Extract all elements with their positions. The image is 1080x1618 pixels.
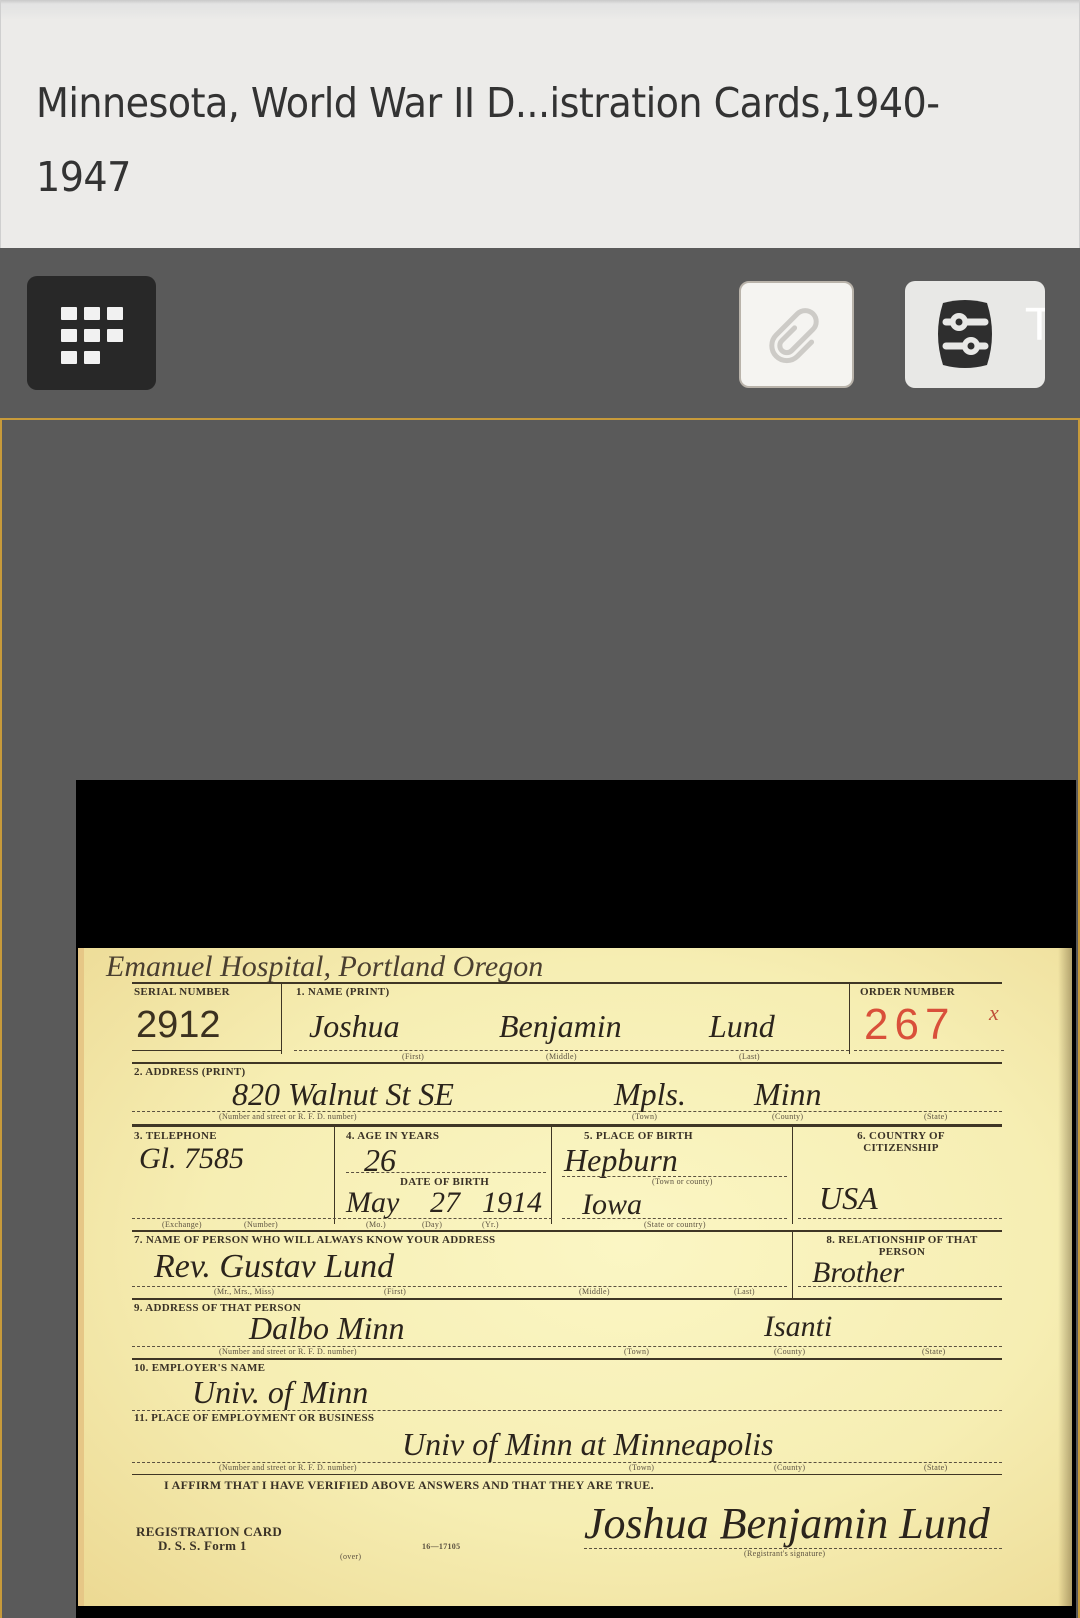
- signature-value: Joshua Benjamin Lund: [584, 1498, 990, 1549]
- label-order-number: ORDER NUMBER: [860, 986, 955, 998]
- label-employment-place: 11. Place of Employment or Business: [134, 1412, 374, 1424]
- contact-county-value: Isanti: [764, 1310, 832, 1344]
- label-contact-last: (Last): [734, 1287, 755, 1296]
- citizenship-value: USA: [819, 1180, 878, 1217]
- label-name: 1. Name (Print): [296, 986, 389, 998]
- label-state: (State): [924, 1112, 947, 1121]
- telephone-value: Gl. 7585: [139, 1142, 244, 1176]
- last-name-value: Lund: [709, 1008, 775, 1045]
- label-contact-county: (County): [774, 1347, 805, 1356]
- label-contact-person: 7. Name of Person Who Will Always Know Y…: [134, 1234, 495, 1246]
- label-exchange: (Exchange): [162, 1220, 202, 1229]
- card-top-note-text: Emanuel Hospital, Portland Oregon: [106, 950, 543, 984]
- affirmation-text: I Affirm That I Have Verified Above Answ…: [164, 1478, 654, 1493]
- label-address: 2. Address (Print): [134, 1066, 245, 1078]
- label-day: (Day): [422, 1220, 442, 1229]
- contact-name-value: Rev. Gustav Lund: [154, 1248, 394, 1286]
- label-number: (Number): [244, 1220, 278, 1229]
- dob-year-value: 1914: [482, 1186, 542, 1220]
- label-signature: (Registrant's signature): [744, 1549, 825, 1558]
- header-top-shadow: [1, 0, 1079, 20]
- viewer-toolbar: T: [0, 248, 1080, 418]
- first-name-value: Joshua: [309, 1008, 400, 1045]
- address-town-value: Mpls.: [614, 1076, 686, 1113]
- label-employment-state: (State): [924, 1463, 947, 1472]
- age-value: 26: [364, 1142, 396, 1179]
- relationship-value: Brother: [812, 1256, 904, 1290]
- label-town: (Town): [632, 1112, 657, 1121]
- label-employment-county: (County): [774, 1463, 805, 1472]
- contact-address-value: Dalbo Minn: [249, 1310, 405, 1347]
- thumbnail-grid-button[interactable]: [27, 276, 156, 390]
- form-number: D. S. S. Form 1: [158, 1538, 247, 1554]
- page-header: Minnesota, World War II D...istration Ca…: [0, 0, 1080, 248]
- label-citizenship: 6. Country of Citizenship: [826, 1130, 976, 1154]
- sliders-icon: [905, 281, 1025, 388]
- label-address-sub: (Number and street or R. F. D. number): [219, 1112, 357, 1121]
- label-over: (over): [340, 1552, 361, 1561]
- attach-button[interactable]: [739, 281, 854, 388]
- label-last: (Last): [739, 1052, 760, 1061]
- dob-month-value: May: [346, 1186, 399, 1220]
- label-contact-state: (State): [922, 1347, 945, 1356]
- label-employment-town: (Town): [629, 1463, 654, 1472]
- collection-title: Minnesota, World War II D...istration Ca…: [36, 66, 975, 214]
- record-image[interactable]: Emanuel Hospital, Portland Oregon SERIAL…: [76, 780, 1076, 1618]
- order-number-value: 267: [864, 1000, 955, 1050]
- label-contact-first: (First): [384, 1287, 406, 1296]
- label-birthplace: 5. Place of Birth: [584, 1130, 693, 1142]
- employment-place-value: Univ of Minn at Minneapolis: [402, 1426, 774, 1463]
- label-state-or-country: (State or country): [644, 1220, 706, 1229]
- registration-card: Emanuel Hospital, Portland Oregon SERIAL…: [78, 948, 1072, 1606]
- label-contact-middle: (Middle): [579, 1287, 610, 1296]
- address-county-value: Minn: [754, 1076, 822, 1113]
- dob-day-value: 27: [430, 1186, 460, 1220]
- tools-button-label: T: [1026, 301, 1045, 351]
- middle-name-value: Benjamin: [499, 1008, 622, 1045]
- label-age: 4. Age in Years: [346, 1130, 439, 1142]
- image-tools-button[interactable]: T: [905, 281, 1045, 388]
- label-contact-address-sub: (Number and street or R. F. D. number): [219, 1347, 357, 1356]
- label-town-or-county: (Town or county): [652, 1177, 713, 1186]
- birthplace-town-value: Hepburn: [564, 1142, 678, 1179]
- label-contact-town: (Town): [624, 1347, 649, 1356]
- label-relationship: 8. Relationship of That Person: [802, 1234, 1002, 1258]
- employer-value: Univ. of Minn: [192, 1374, 368, 1411]
- order-number-mark: x: [989, 1000, 999, 1026]
- address-street-value: 820 Walnut St SE: [232, 1076, 454, 1113]
- serial-number-value: 2912: [136, 1004, 221, 1047]
- label-first: (First): [402, 1052, 424, 1061]
- image-viewer[interactable]: Emanuel Hospital, Portland Oregon SERIAL…: [0, 418, 1080, 1618]
- label-employment-address-sub: (Number and street or R. F. D. number): [219, 1463, 357, 1472]
- birthplace-state-value: Iowa: [582, 1188, 642, 1222]
- print-code: 16—17105: [422, 1542, 460, 1551]
- label-mr-mrs-miss: (Mr., Mrs., Miss): [214, 1287, 274, 1296]
- paperclip-icon: [741, 283, 852, 386]
- label-county: (County): [772, 1112, 803, 1121]
- label-yr: (Yr.): [482, 1220, 499, 1229]
- label-mo: (Mo.): [366, 1220, 386, 1229]
- label-serial-number: SERIAL NUMBER: [134, 986, 230, 998]
- label-telephone: 3. Telephone: [134, 1130, 217, 1142]
- label-middle: (Middle): [546, 1052, 577, 1061]
- label-employer: 10. Employer's Name: [134, 1362, 265, 1374]
